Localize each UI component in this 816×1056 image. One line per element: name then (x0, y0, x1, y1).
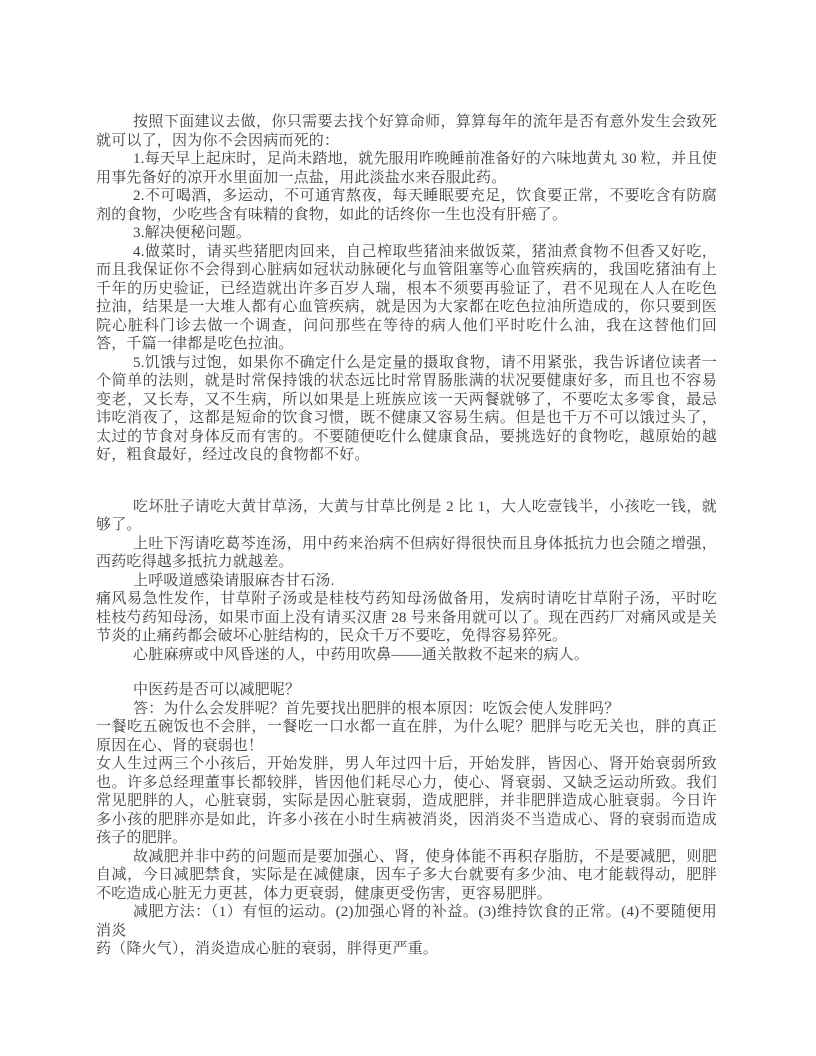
paragraph: 上呼吸道感染请服麻杏甘石汤. (96, 572, 717, 591)
paragraph: 女人生过两三个小孩后，开始发胖，男人年过四十后，开始发胖，皆因心、肾开始衰弱所致… (96, 755, 717, 848)
paragraph: 吃坏肚子请吃大黄甘草汤，大黄与甘草比例是 2 比 1，大人吃壹钱半，小孩吃一钱，… (96, 498, 717, 535)
paragraph: 上吐下泻请吃葛芩连汤，用中药来治病不但病好得很快而且身体抵抗力也会随之增强，西药… (96, 535, 717, 572)
paragraph: 故减肥并非中药的问题而是要加强心、肾，使身体能不再积存脂肪，不是要减肥，则肥自减… (96, 848, 717, 904)
paragraph: 心脏麻痹或中风昏迷的人，中药用吹鼻——通关散救不起来的病人。 (96, 646, 717, 665)
paragraph: 3.解决便秘问题。 (96, 224, 717, 243)
paragraph: 4.做菜时，请买些猪肥肉回来，自己榨取些猪油来做饭菜，猪油煮食物不但香又好吃，而… (96, 243, 717, 354)
paragraph: 按照下面建议去做，你只需要去找个好算命师，算算每年的流年是否有意外发生会致死就可… (96, 113, 717, 150)
paragraph: 1.每天早上起床时，足尚未踏地，就先服用昨晚睡前准备好的六味地黄丸 30 粒，并… (96, 150, 717, 187)
paragraph: 答：为什么会发胖呢？首先要找出肥胖的根本原因：吃饭会使人发胖吗？ (96, 700, 717, 719)
document-page: 按照下面建议去做，你只需要去找个好算命师，算算每年的流年是否有意外发生会致死就可… (0, 0, 816, 1056)
paragraph: 痛风易急性发作，甘草附子汤或是桂枝芍药知母汤做备用，发病时请吃甘草附子汤，平时吃… (96, 590, 717, 646)
text-column: 按照下面建议去做，你只需要去找个好算命师，算算每年的流年是否有意外发生会致死就可… (96, 113, 717, 959)
paragraph: 中医药是否可以减肥呢？ (96, 681, 717, 700)
paragraph: 一餐吃五碗饭也不会胖，一餐吃一口水都一直在胖，为什么呢？肥胖与吃无关也，胖的真正… (96, 718, 717, 755)
paragraph: 减肥方法：（1）有恒的运动。(2)加强心肾的补益。(3)维持饮食的正常。(4)不… (96, 903, 717, 940)
section-herbal-remedies: 吃坏肚子请吃大黄甘草汤，大黄与甘草比例是 2 比 1，大人吃壹钱半，小孩吃一钱，… (96, 498, 717, 665)
section-health-advice: 按照下面建议去做，你只需要去找个好算命师，算算每年的流年是否有意外发生会致死就可… (96, 113, 717, 465)
paragraph: 5.饥饿与过饱，如果你不确定什么是定量的摄取食物，请不用紧张，我告诉诸位读者一个… (96, 354, 717, 465)
section-weight-loss-qa: 中医药是否可以减肥呢？答：为什么会发胖呢？首先要找出肥胖的根本原因：吃饭会使人发… (96, 681, 717, 959)
paragraph: 药（降火气），消炎造成心脏的衰弱，胖得更严重。 (96, 940, 717, 959)
paragraph: 2.不可喝酒，多运动，不可通宵熬夜，每天睡眠要充足，饮食要正常，不要吃含有防腐剂… (96, 187, 717, 224)
